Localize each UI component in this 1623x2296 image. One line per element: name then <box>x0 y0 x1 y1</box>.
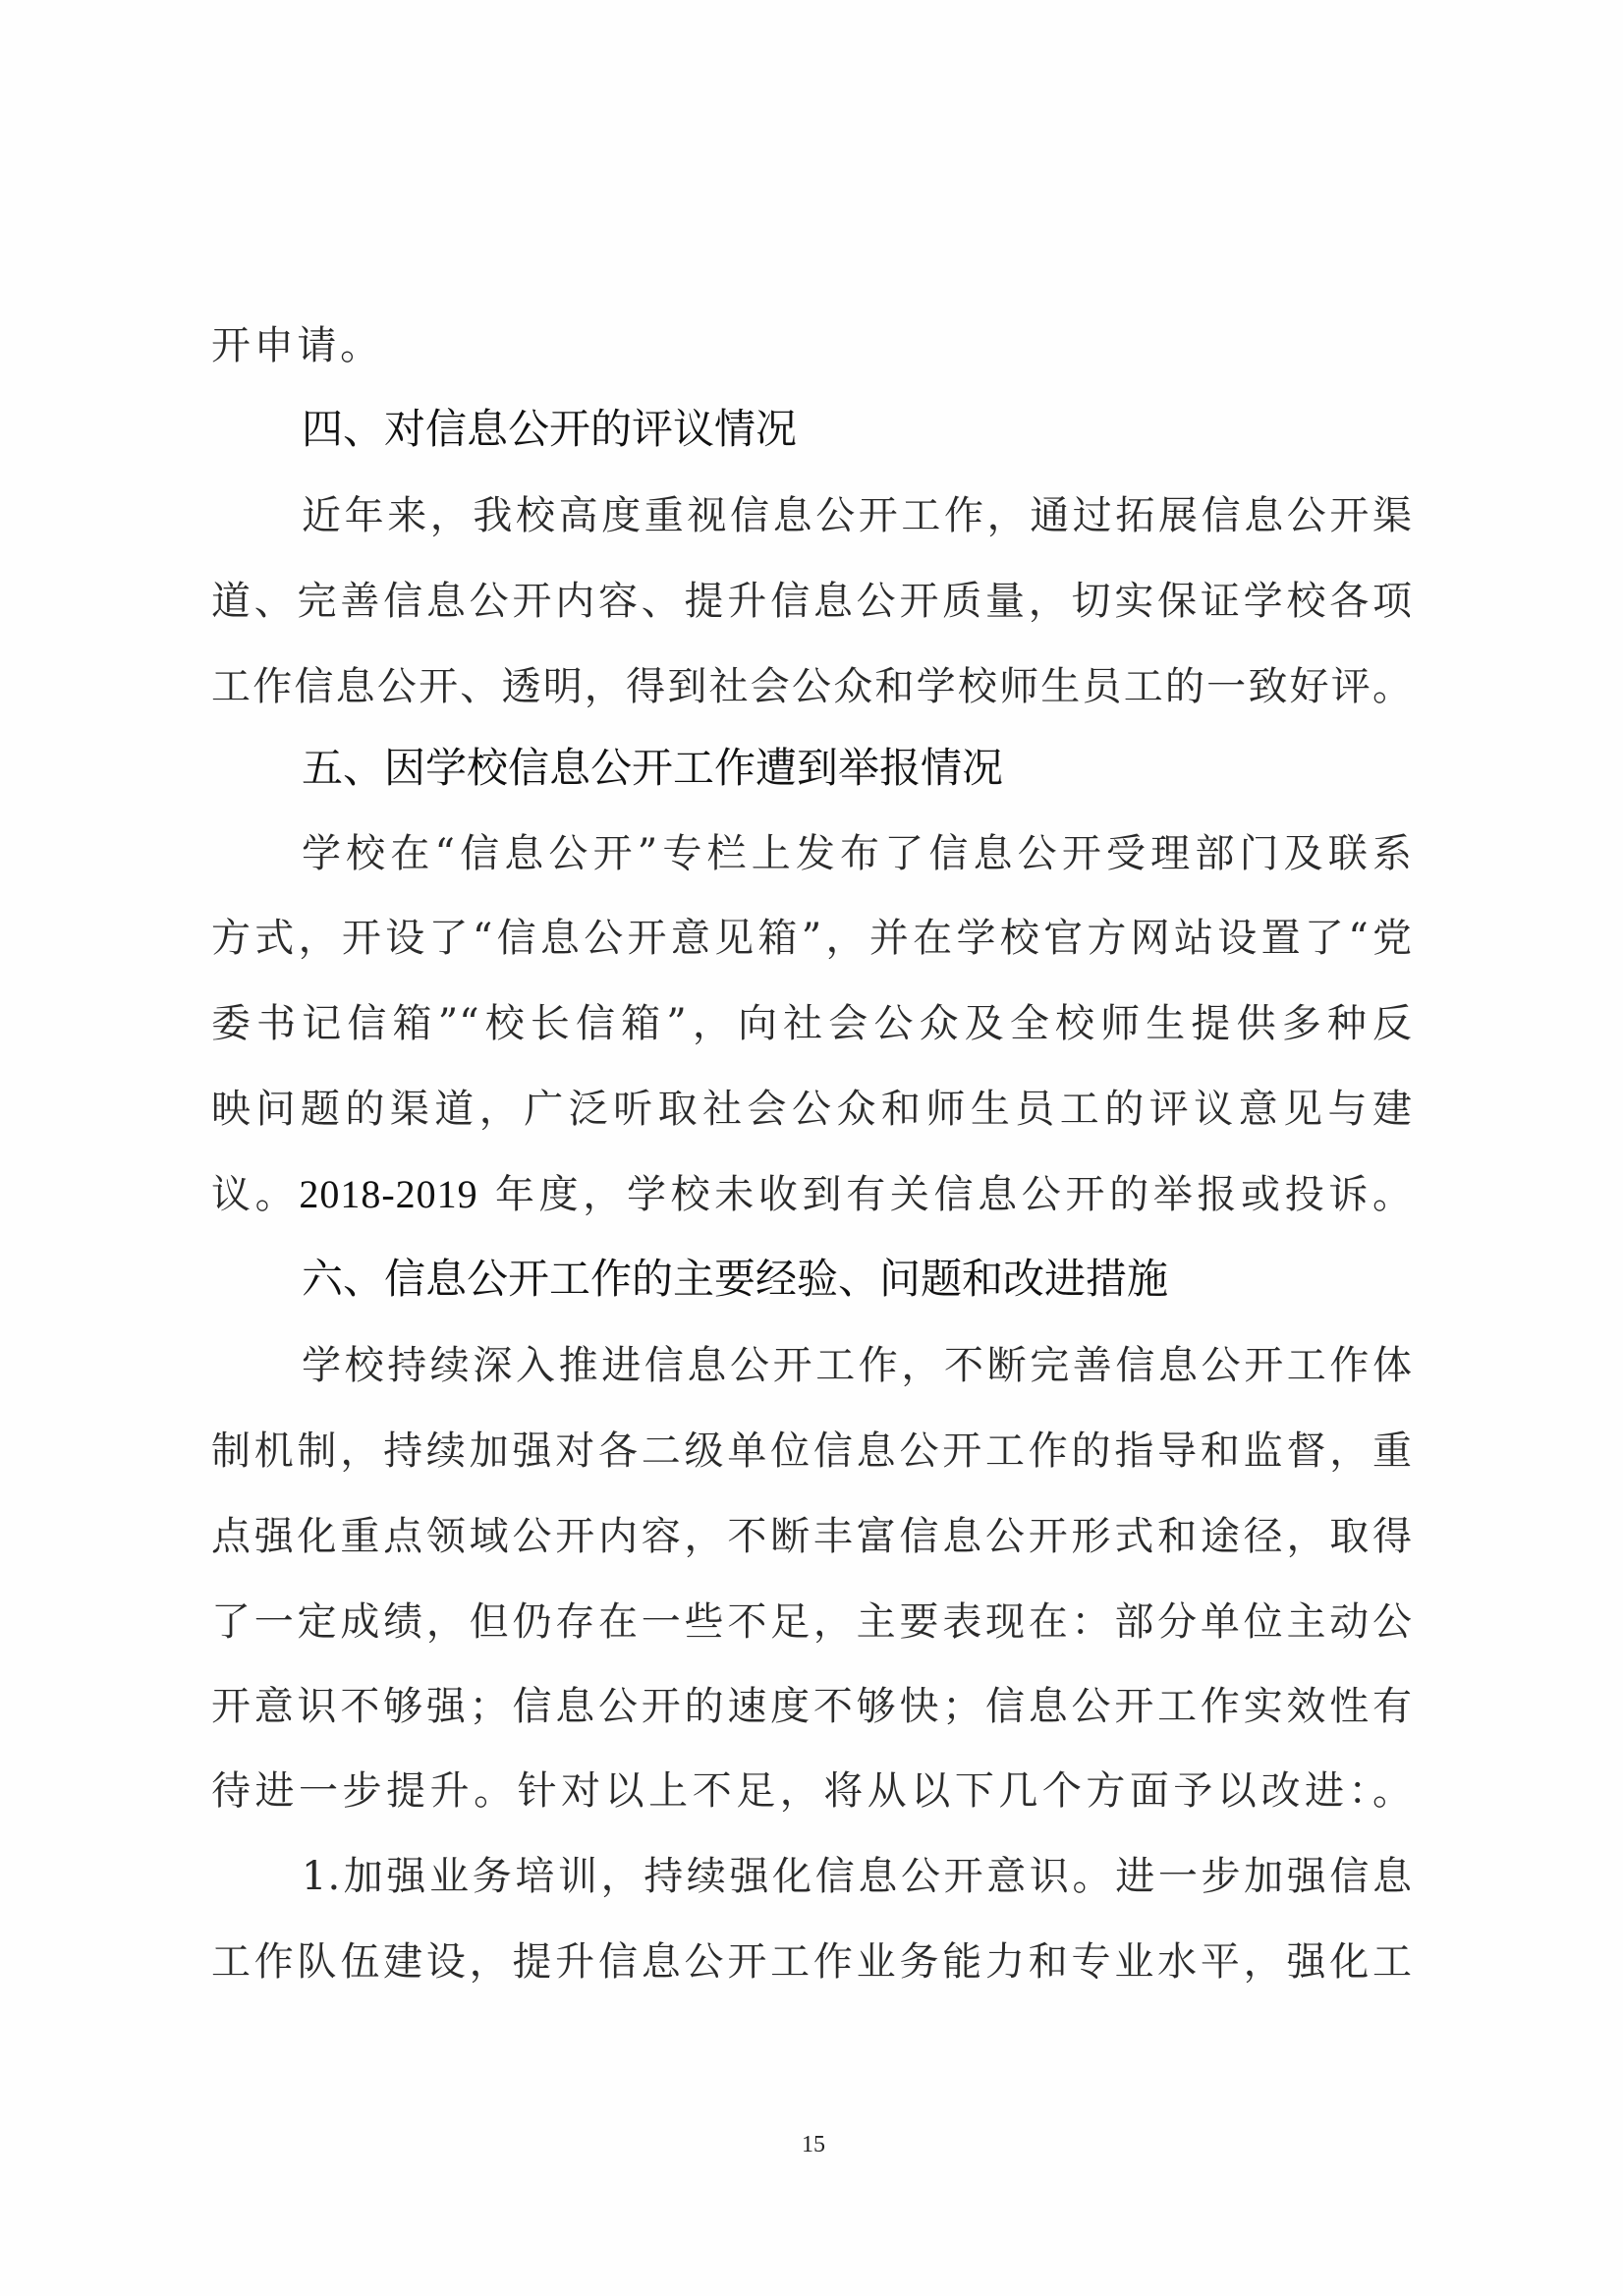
line-text: 年度，学校未收到有关信息公开的举报或投诉。 <box>478 1172 1413 1217</box>
paragraph-line: 开申请。 <box>211 316 1413 375</box>
paragraph-line: 议。2018-2019 年度，学校未收到有关信息公开的举报或投诉。 <box>211 1165 1413 1224</box>
document-page: 开申请。 四、对信息公开的评议情况 近年来，我校高度重视信息公开工作，通过拓展信… <box>0 0 1623 2296</box>
section-heading-4: 四、对信息公开的评议情况 <box>302 400 797 459</box>
paragraph-line: 委书记信箱”“校长信箱”，向社会公众及全校师生提供多种反 <box>211 994 1413 1053</box>
list-item-line: 1.加强业务培训，持续强化信息公开意识。进一步加强信息 <box>211 1847 1413 1906</box>
paragraph-line: 道、完善信息公开内容、提升信息公开质量，切实保证学校各项 <box>211 572 1413 631</box>
paragraph-line: 映问题的渠道，广泛听取社会公众和师生员工的评议意见与建 <box>211 1080 1413 1139</box>
paragraph-line: 待进一步提升。针对以上不足，将从以下几个方面予以改进：。 <box>211 1762 1413 1820</box>
line-text: 议。 <box>211 1172 299 1217</box>
page-number: 15 <box>792 2132 835 2158</box>
paragraph-line: 开意识不够强；信息公开的速度不够快；信息公开工作实效性有 <box>211 1677 1413 1736</box>
paragraph-line: 近年来，我校高度重视信息公开工作，通过拓展信息公开渠 <box>211 486 1413 545</box>
paragraph-line: 工作信息公开、透明，得到社会公众和学校师生员工的一致好评。 <box>211 657 1413 716</box>
paragraph-line: 工作队伍建设，提升信息公开工作业务能力和专业水平，强化工 <box>211 1932 1413 1991</box>
paragraph-line: 学校在“信息公开”专栏上发布了信息公开受理部门及联系 <box>211 824 1413 883</box>
paragraph-line: 点强化重点领域公开内容，不断丰富信息公开形式和途径，取得 <box>211 1507 1413 1566</box>
paragraph-line: 方式，开设了“信息公开意见箱”，并在学校官方网站设置了“党 <box>211 909 1413 968</box>
year-range: 2018-2019 <box>299 1172 477 1216</box>
paragraph-line: 制机制，持续加强对各二级单位信息公开工作的指导和监督，重 <box>211 1422 1413 1481</box>
section-heading-5: 五、因学校信息公开工作遭到举报情况 <box>302 739 1003 798</box>
paragraph-line: 学校持续深入推进信息公开工作，不断完善信息公开工作体 <box>211 1336 1413 1395</box>
section-heading-6: 六、信息公开工作的主要经验、问题和改进措施 <box>302 1250 1168 1309</box>
paragraph-line: 了一定成绩，但仍存在一些不足，主要表现在：部分单位主动公 <box>211 1593 1413 1652</box>
